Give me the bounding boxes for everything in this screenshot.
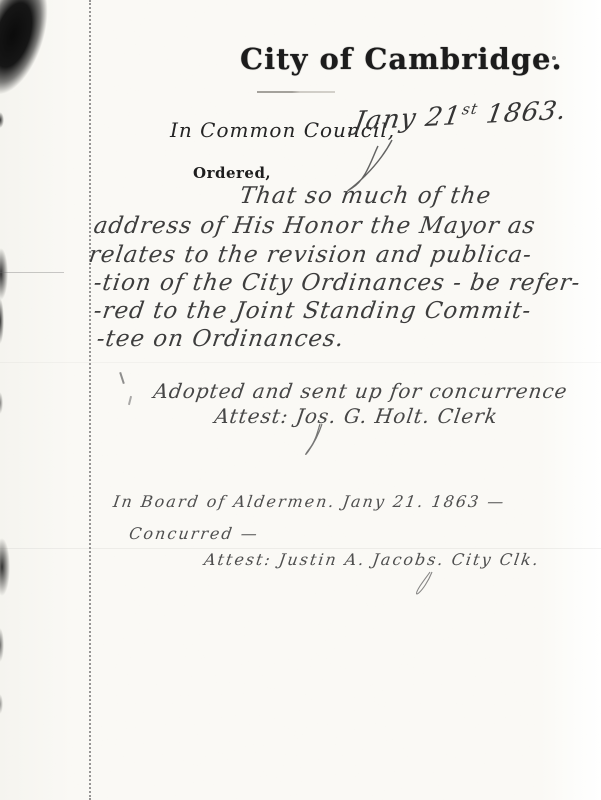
horizontal-crease-line [0,362,601,363]
scanned-document-page: { "page": { "kind": "scanned historical … [0,0,601,800]
order-body-line: relates to the revision and publica- [87,242,534,268]
council-clerk-attestation: Attest: Jos. G. Holt. Clerk [213,404,500,428]
stray-pen-mark [128,396,132,405]
letterhead-title: City of Cambridge. [240,42,440,76]
ordered-label: Ordered, [193,164,271,182]
vertical-fold-line [89,0,91,800]
date-year: 1863. [475,96,569,131]
order-body-line: That so much of the [238,183,493,209]
left-edge-smudge [0,694,3,714]
order-body-line: -tee on Ordinances. [95,326,346,352]
left-edge-smudge [0,392,3,414]
left-edge-smudge [0,298,4,344]
horizontal-crease-line [0,548,601,549]
date-day: Jany 21 [352,101,464,136]
order-body-line: -tion of the City Ordinances - be refer- [92,270,582,296]
letterhead-divider-rule [257,91,335,93]
paper-background: City of Cambridge. In Common Council, Or… [0,0,601,800]
left-edge-smudge [0,538,10,596]
order-body-line: address of His Honor the Mayor as [92,213,537,239]
order-body-line: -red to the Joint Standing Commit- [92,298,533,324]
stray-pen-mark [119,372,125,384]
scan-blotch-top-left-corner [0,0,75,122]
aldermen-clerk-attestation: Attest: Justin A. Jacobs. City Clk. [203,550,541,569]
adoption-note: Adopted and sent up for concurrence [152,379,569,403]
concurred-note: Concurred — [128,524,260,543]
left-edge-smudge [0,112,4,128]
aldermen-session-note: In Board of Aldermen. Jany 21. 1863 — [112,492,507,511]
handwritten-session-date: Jany 21st 1863. [352,95,569,137]
left-edge-smudge [0,248,8,300]
left-edge-smudge [0,628,4,662]
horizontal-crease-line [0,272,64,273]
